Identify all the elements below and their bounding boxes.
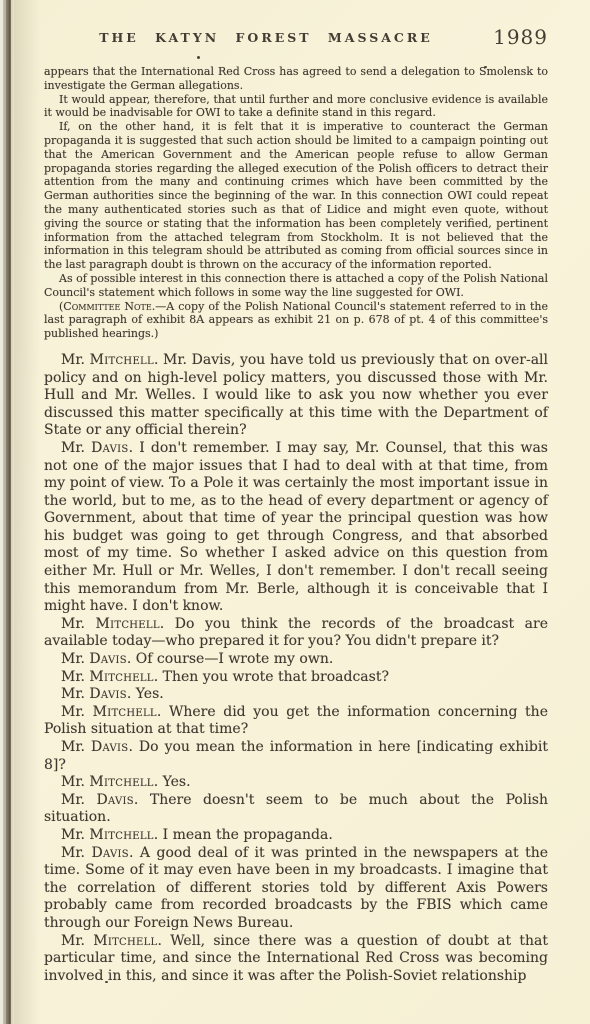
speaker-name: Mr. Davis. xyxy=(61,792,138,808)
dialog-paragraph: Mr. Mitchell. Then you wrote that broadc… xyxy=(44,669,548,687)
excerpt-paragraph: It would appear, therefore, that until f… xyxy=(44,93,548,121)
speaker-name: Mr. Davis. xyxy=(61,651,131,667)
binding-shadow xyxy=(14,0,40,1024)
speaker-name: Mr. Mitchell. xyxy=(61,933,162,949)
speaker-name: Mr. Davis. xyxy=(61,845,133,861)
dialog-paragraph: Mr. Mitchell. I mean the propaganda. xyxy=(44,827,548,845)
dialog-paragraph: Mr. Davis. A good deal of it was printed… xyxy=(44,845,548,933)
speaker-name: Mr. Mitchell. xyxy=(61,352,158,368)
dialog: Mr. Mitchell. Mr. Davis, you have told u… xyxy=(44,352,548,985)
page-number: 1989 xyxy=(493,25,548,49)
dialog-paragraph: Mr. Mitchell. Mr. Davis, you have told u… xyxy=(44,352,548,440)
page-content: THE KATYN FOREST MASSACRE 1989 appears t… xyxy=(44,30,548,985)
dialog-paragraph: Mr. Davis. Do you mean the information i… xyxy=(44,739,548,774)
speaker-name: Mr. Mitchell. xyxy=(61,616,164,632)
dialog-paragraph: Mr. Mitchell. Well, since there was a qu… xyxy=(44,933,548,986)
speaker-name: Mr. Mitchell. xyxy=(61,704,161,720)
exhibit-excerpt-section: appears that the International Red Cross… xyxy=(44,65,548,341)
dialog-paragraph: Mr. Davis. Of course—I wrote my own. xyxy=(44,651,548,669)
excerpt-paragraph: appears that the International Red Cross… xyxy=(44,65,548,93)
page-title: THE KATYN FOREST MASSACRE xyxy=(44,30,548,45)
dialog-paragraph: Mr. Davis. Yes. xyxy=(44,686,548,704)
dialog-paragraph: Mr. Davis. There doesn't seem to be much… xyxy=(44,792,548,827)
dialog-paragraph: Mr. Mitchell. Yes. xyxy=(44,774,548,792)
committee-note: (Committee Note.—A copy of the Polish Na… xyxy=(44,300,548,341)
excerpt-paragraph: If, on the other hand, it is felt that i… xyxy=(44,120,548,272)
speaker-name: Mr. Mitchell. xyxy=(61,669,158,685)
speaker-name: Mr. Davis. xyxy=(61,739,133,755)
dialog-paragraph: Mr. Mitchell. Where did you get the info… xyxy=(44,704,548,739)
note-label: Committee Note. xyxy=(63,300,155,313)
running-header: THE KATYN FOREST MASSACRE 1989 xyxy=(44,30,548,54)
speaker-name: Mr. Davis. xyxy=(61,686,131,702)
dialog-paragraph: Mr. Davis. I don't remember. I may say, … xyxy=(44,440,548,616)
speaker-name: Mr. Davis. xyxy=(61,440,133,456)
scanned-hearing-page: THE KATYN FOREST MASSACRE 1989 appears t… xyxy=(0,0,590,1024)
dialog-paragraph: Mr. Mitchell. Do you think the records o… xyxy=(44,616,548,651)
speaker-name: Mr. Mitchell. xyxy=(61,827,158,843)
excerpt-paragraph: As of possible interest in this connecti… xyxy=(44,272,548,300)
speaker-name: Mr. Mitchell. xyxy=(61,774,158,790)
page-binding-edge xyxy=(0,0,14,1024)
